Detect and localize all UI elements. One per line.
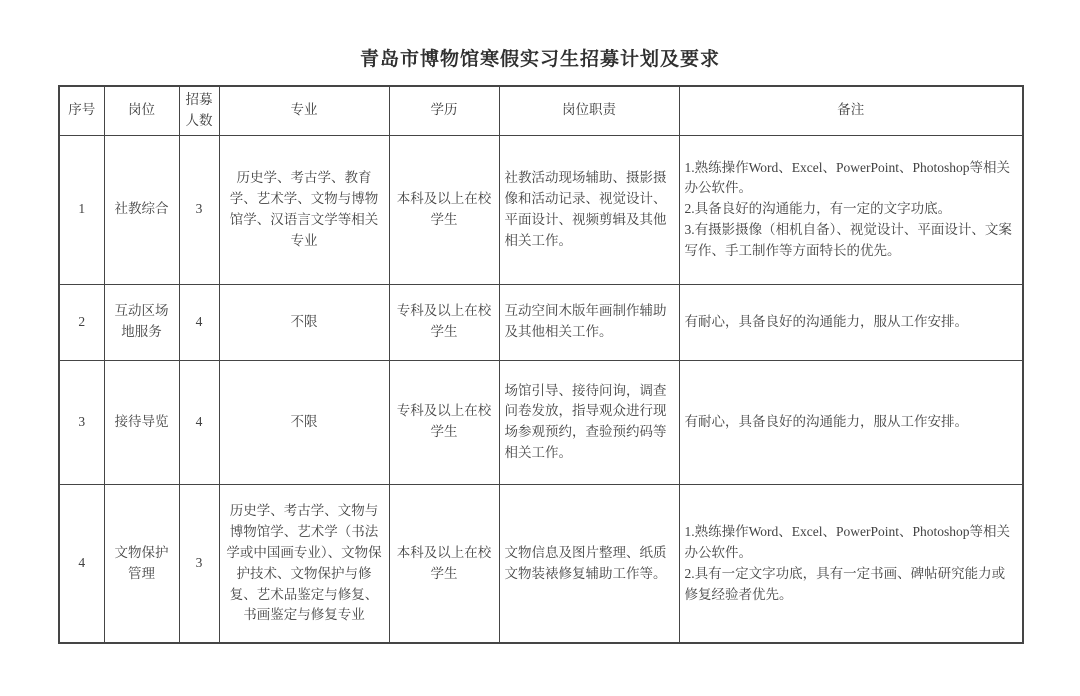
column-header-count: 招募人数 bbox=[179, 86, 219, 135]
cell-position: 社教综合 bbox=[104, 135, 179, 284]
page-title: 青岛市博物馆寒假实习生招募计划及要求 bbox=[58, 44, 1022, 71]
cell-position: 文物保护管理 bbox=[104, 484, 179, 643]
cell-count: 4 bbox=[179, 360, 219, 484]
column-header-duties: 岗位职责 bbox=[499, 86, 679, 135]
column-header-major: 专业 bbox=[219, 86, 389, 135]
table-row: 2 互动区场地服务 4 不限 专科及以上在校学生 互动空间木版年画制作辅助及其他… bbox=[59, 284, 1023, 360]
cell-duties: 场馆引导、接待问询，调查问卷发放，指导观众进行现场参观预约，查验预约码等相关工作… bbox=[499, 360, 679, 484]
column-header-notes: 备注 bbox=[679, 86, 1023, 135]
table-header-row: 序号 岗位 招募人数 专业 学历 岗位职责 备注 bbox=[59, 86, 1023, 135]
cell-duties: 文物信息及图片整理、纸质文物装裱修复辅助工作等。 bbox=[499, 484, 679, 643]
table-row: 3 接待导览 4 不限 专科及以上在校学生 场馆引导、接待问询，调查问卷发放，指… bbox=[59, 360, 1023, 484]
table-row: 4 文物保护管理 3 历史学、考古学、文物与博物馆学、艺术学（书法学或中国画专业… bbox=[59, 484, 1023, 643]
cell-major: 不限 bbox=[219, 284, 389, 360]
cell-no: 2 bbox=[59, 284, 104, 360]
cell-no: 3 bbox=[59, 360, 104, 484]
cell-education: 本科及以上在校学生 bbox=[389, 135, 499, 284]
table-row: 1 社教综合 3 历史学、考古学、教育学、艺术学、文物与博物馆学、汉语言文学等相… bbox=[59, 135, 1023, 284]
cell-major: 不限 bbox=[219, 360, 389, 484]
cell-notes: 有耐心，具备良好的沟通能力，服从工作安排。 bbox=[679, 284, 1023, 360]
cell-position: 接待导览 bbox=[104, 360, 179, 484]
cell-no: 1 bbox=[59, 135, 104, 284]
cell-notes: 1.熟练操作Word、Excel、PowerPoint、Photoshop等相关… bbox=[679, 484, 1023, 643]
cell-major: 历史学、考古学、文物与博物馆学、艺术学（书法学或中国画专业）、文物保护技术、文物… bbox=[219, 484, 389, 643]
cell-notes: 有耐心，具备良好的沟通能力，服从工作安排。 bbox=[679, 360, 1023, 484]
cell-duties: 互动空间木版年画制作辅助及其他相关工作。 bbox=[499, 284, 679, 360]
document-page: 青岛市博物馆寒假实习生招募计划及要求 序号 岗位 招募人数 专业 学历 岗位职责… bbox=[0, 0, 1080, 696]
cell-no: 4 bbox=[59, 484, 104, 643]
cell-count: 4 bbox=[179, 284, 219, 360]
cell-education: 专科及以上在校学生 bbox=[389, 360, 499, 484]
cell-count: 3 bbox=[179, 135, 219, 284]
recruitment-table: 序号 岗位 招募人数 专业 学历 岗位职责 备注 1 社教综合 3 历史学、考古… bbox=[58, 85, 1024, 644]
column-header-no: 序号 bbox=[59, 86, 104, 135]
cell-education: 本科及以上在校学生 bbox=[389, 484, 499, 643]
cell-major: 历史学、考古学、教育学、艺术学、文物与博物馆学、汉语言文学等相关专业 bbox=[219, 135, 389, 284]
column-header-position: 岗位 bbox=[104, 86, 179, 135]
cell-education: 专科及以上在校学生 bbox=[389, 284, 499, 360]
cell-duties: 社教活动现场辅助、摄影摄像和活动记录、视觉设计、平面设计、视频剪辑及其他相关工作… bbox=[499, 135, 679, 284]
cell-position: 互动区场地服务 bbox=[104, 284, 179, 360]
column-header-education: 学历 bbox=[389, 86, 499, 135]
cell-notes: 1.熟练操作Word、Excel、PowerPoint、Photoshop等相关… bbox=[679, 135, 1023, 284]
cell-count: 3 bbox=[179, 484, 219, 643]
